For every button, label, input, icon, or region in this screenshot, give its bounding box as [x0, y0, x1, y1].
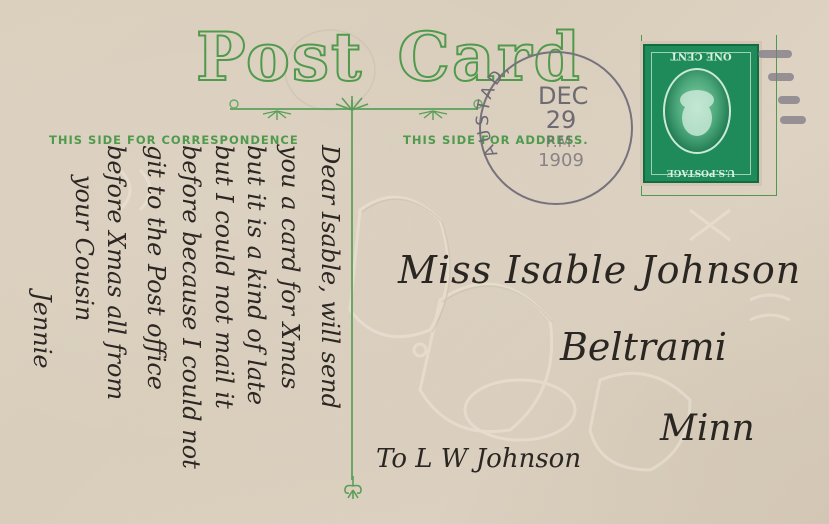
message-line: before Xmas all from: [104, 145, 128, 400]
message-line: before because I could not: [179, 145, 203, 469]
message-line: git to the Post office: [144, 145, 168, 390]
stamp-country: U.S.POSTAGE: [645, 167, 757, 177]
title-word-post: Post: [196, 18, 364, 96]
postmark-year: 1909: [538, 152, 584, 170]
stamp-portrait-icon: [663, 68, 731, 154]
message-line: Dear Isable, will send: [318, 145, 342, 409]
address-state: Minn: [660, 408, 755, 449]
cancel-bar: [780, 116, 806, 124]
ornament-center-fan-icon: [334, 94, 370, 116]
message-line: but I could not mail it: [212, 145, 236, 409]
postmark-town: AUSTAD,: [473, 57, 515, 161]
postage-stamp: ONE CENT U.S.POSTAGE: [643, 44, 759, 183]
postmark-day: 29: [538, 108, 584, 132]
postcard-back: PostCard THIS SIDE F: [0, 0, 829, 524]
ornament-left-fan-icon: [262, 110, 292, 122]
message-line: your Cousin: [72, 175, 96, 321]
address-care-of: To L W Johnson: [376, 444, 581, 474]
address-recipient: Miss Isable Johnson: [398, 248, 801, 292]
ornament-right-fan-icon: [418, 110, 448, 122]
message-line: you a card for Xmas: [278, 145, 302, 389]
svg-text:AUSTAD,: AUSTAD,: [473, 57, 515, 161]
ornament-bottom-scroll-icon: [340, 476, 366, 500]
message-signature: Jennie: [30, 292, 54, 369]
postmark-period: P.M.: [538, 134, 584, 150]
address-town: Beltrami: [560, 325, 727, 369]
cancel-bar: [768, 73, 794, 81]
cancel-bar: [758, 50, 792, 58]
ornament-left-scroll-icon: [226, 96, 242, 112]
center-divider-line: [351, 100, 353, 480]
stamp-denomination: ONE CENT: [645, 50, 757, 61]
cancel-bar: [778, 96, 800, 104]
postmark-month: DEC: [538, 84, 588, 108]
message-line: but it is a kind of late: [244, 145, 268, 405]
